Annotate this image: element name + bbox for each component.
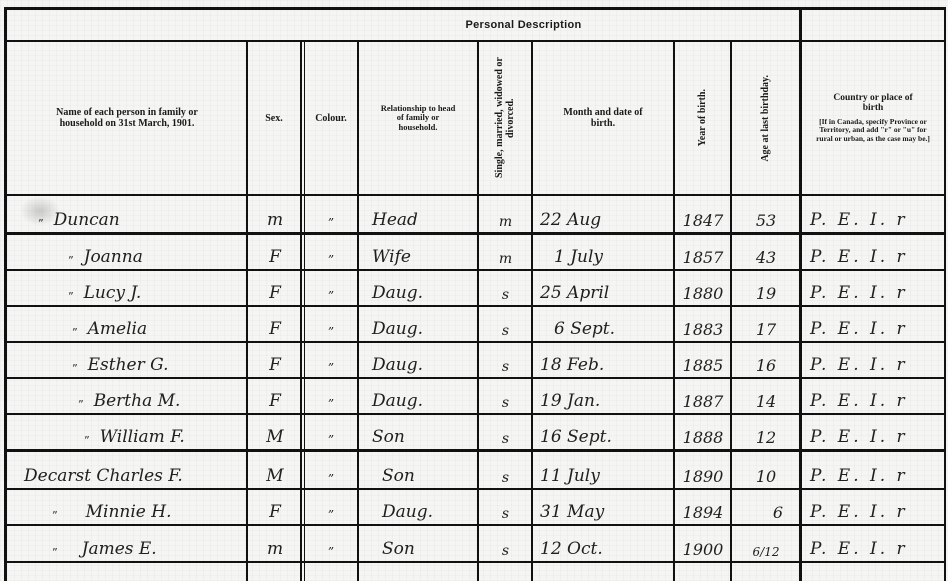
birth-year-value: 1887 bbox=[676, 379, 730, 413]
sex-value: M bbox=[250, 415, 300, 449]
relationship-value: Daug. bbox=[360, 490, 477, 524]
country-value: P. E. I. r bbox=[804, 271, 944, 305]
country-value: P. E. I. r bbox=[804, 526, 944, 561]
table-row: Decarst Charles F. M ” Son s 11 July 189… bbox=[0, 452, 948, 488]
birth-date-value: 6 Sept. bbox=[534, 307, 673, 341]
marital-value: m bbox=[480, 235, 531, 269]
age-value: 43 bbox=[733, 235, 799, 269]
marital-value: s bbox=[480, 490, 531, 524]
birth-date-value: 19 Jan. bbox=[534, 379, 673, 413]
ditto-mark: ” bbox=[52, 546, 58, 559]
relationship-value: Son bbox=[360, 452, 477, 488]
birth-date-value: 1 July bbox=[534, 235, 673, 269]
age-value: 12 bbox=[733, 415, 799, 449]
birth-year-value: 1847 bbox=[676, 196, 730, 232]
table-row: ”Minnie H. F ” Daug. s 31 May 1894 6 P. … bbox=[0, 490, 948, 524]
marital-value: s bbox=[480, 379, 531, 413]
person-name: William F. bbox=[100, 427, 185, 447]
age-value: 6/12 bbox=[733, 526, 799, 561]
relationship-value: Son bbox=[360, 526, 477, 561]
colour-value: ” bbox=[306, 196, 356, 232]
birth-year-value: 1890 bbox=[676, 452, 730, 488]
sex-value: M bbox=[250, 452, 300, 488]
header-marital: Single, married, widowed or divorced. bbox=[479, 42, 531, 194]
header-name: Name of each person in family or househo… bbox=[8, 42, 246, 194]
age-value: 53 bbox=[733, 196, 799, 232]
table-row: ”Duncan m ” Head m 22 Aug 1847 53 P. E. … bbox=[0, 196, 948, 232]
table-row: ”Esther G. F ” Daug. s 18 Feb. 1885 16 P… bbox=[0, 343, 948, 377]
age-value: 16 bbox=[733, 343, 799, 377]
country-value: P. E. I. r bbox=[804, 490, 944, 524]
country-value: P. E. I. r bbox=[804, 415, 944, 449]
sex-value: m bbox=[250, 526, 300, 561]
sex-value: F bbox=[250, 271, 300, 305]
header-colour: Colour. bbox=[305, 42, 357, 194]
sex-value: F bbox=[250, 307, 300, 341]
marital-value: s bbox=[480, 271, 531, 305]
sex-value: F bbox=[250, 235, 300, 269]
age-value: 6 bbox=[733, 490, 799, 524]
marital-value: s bbox=[480, 415, 531, 449]
census-page: Personal Description Name of each person… bbox=[0, 0, 948, 581]
birth-date-value: 12 Oct. bbox=[534, 526, 673, 561]
table-row: ”Bertha M. F ” Daug. s 19 Jan. 1887 14 P… bbox=[0, 379, 948, 413]
ditto-mark: ” bbox=[68, 290, 74, 303]
ditto-mark: ” bbox=[72, 362, 78, 375]
header-birth-year: Year of birth. bbox=[675, 42, 730, 194]
country-value: P. E. I. r bbox=[804, 307, 944, 341]
sex-value: F bbox=[250, 343, 300, 377]
marital-value: m bbox=[480, 196, 531, 232]
relationship-value: Daug. bbox=[360, 379, 477, 413]
marital-value: s bbox=[480, 452, 531, 488]
header-sex-label: Sex. bbox=[265, 113, 283, 124]
header-relationship: Relationship to head of family or househ… bbox=[359, 42, 477, 194]
colour-value: ” bbox=[306, 343, 356, 377]
header-relationship-label: Relationship to head of family or househ… bbox=[378, 104, 458, 133]
table-row: ”William F. M ” Son s 16 Sept. 1888 12 P… bbox=[0, 415, 948, 449]
colour-value: ” bbox=[306, 271, 356, 305]
birth-date-value: 31 May bbox=[534, 490, 673, 524]
table-row: ”Lucy J. F ” Daug. s 25 April 1880 19 P.… bbox=[0, 271, 948, 305]
header-age-label: Age at last birthday. bbox=[760, 75, 771, 162]
header-birth-year-label: Year of birth. bbox=[697, 89, 708, 146]
table-row: ”Joanna F ” Wife m 1 July 1857 43 P. E. … bbox=[0, 235, 948, 269]
age-value: 14 bbox=[733, 379, 799, 413]
relationship-value: Wife bbox=[360, 235, 477, 269]
ditto-mark: ” bbox=[38, 217, 44, 230]
header-name-label: Name of each person in family or househo… bbox=[47, 107, 207, 129]
person-name: James E. bbox=[82, 539, 157, 559]
header-birth-date-label: Month and date of birth. bbox=[558, 107, 648, 129]
person-name: Amelia bbox=[88, 319, 147, 339]
country-value: P. E. I. r bbox=[804, 379, 944, 413]
age-value: 19 bbox=[733, 271, 799, 305]
marital-value: s bbox=[480, 526, 531, 561]
colour-value: ” bbox=[306, 490, 356, 524]
colour-value: ” bbox=[306, 379, 356, 413]
birth-year-value: 1888 bbox=[676, 415, 730, 449]
colour-value: ” bbox=[306, 526, 356, 561]
birth-year-value: 1900 bbox=[676, 526, 730, 561]
header-country-note: [If in Canada, specify Province or Terri… bbox=[813, 118, 933, 144]
colour-value: ” bbox=[306, 235, 356, 269]
birth-year-value: 1857 bbox=[676, 235, 730, 269]
person-name: Minnie H. bbox=[86, 502, 172, 522]
person-name: Joanna bbox=[84, 247, 143, 267]
colour-value: ” bbox=[306, 307, 356, 341]
birth-year-value: 1894 bbox=[676, 490, 730, 524]
country-value: P. E. I. r bbox=[804, 196, 944, 232]
person-name: Bertha M. bbox=[94, 391, 181, 411]
colour-value: ” bbox=[306, 415, 356, 449]
person-name: Lucy J. bbox=[84, 283, 142, 303]
header-birth-date: Month and date of birth. bbox=[533, 42, 673, 194]
relationship-value: Head bbox=[360, 196, 477, 232]
relationship-value: Daug. bbox=[360, 271, 477, 305]
person-name: Decarst Charles F. bbox=[24, 466, 183, 486]
row-rule bbox=[5, 561, 945, 563]
birth-year-value: 1885 bbox=[676, 343, 730, 377]
header-country: Country or place of birth [If in Canada,… bbox=[802, 42, 944, 194]
birth-year-value: 1880 bbox=[676, 271, 730, 305]
header-sex: Sex. bbox=[248, 42, 300, 194]
birth-date-value: 11 July bbox=[534, 452, 673, 488]
colour-value: ” bbox=[306, 452, 356, 488]
age-value: 17 bbox=[733, 307, 799, 341]
table-row: ”James E. m ” Son s 12 Oct. 1900 6/12 P.… bbox=[0, 526, 948, 561]
ditto-mark: ” bbox=[84, 434, 90, 447]
header-colour-label: Colour. bbox=[315, 113, 347, 124]
relationship-value: Son bbox=[360, 415, 477, 449]
ditto-mark: ” bbox=[72, 326, 78, 339]
birth-year-value: 1883 bbox=[676, 307, 730, 341]
birth-date-value: 16 Sept. bbox=[534, 415, 673, 449]
ditto-mark: ” bbox=[68, 254, 74, 267]
relationship-value: Daug. bbox=[360, 343, 477, 377]
country-value: P. E. I. r bbox=[804, 235, 944, 269]
birth-date-value: 22 Aug bbox=[534, 196, 673, 232]
header-age: Age at last birthday. bbox=[732, 42, 799, 194]
sex-value: m bbox=[250, 196, 300, 232]
ditto-mark: ” bbox=[78, 398, 84, 411]
person-name: Esther G. bbox=[88, 355, 169, 375]
header-marital-label: Single, married, widowed or divorced. bbox=[494, 48, 516, 188]
country-value: P. E. I. r bbox=[804, 343, 944, 377]
marital-value: s bbox=[480, 307, 531, 341]
sex-value: F bbox=[250, 490, 300, 524]
section-title: Personal Description bbox=[247, 10, 800, 40]
table-row: ”Amelia F ” Daug. s 6 Sept. 1883 17 P. E… bbox=[0, 307, 948, 341]
header-country-label: Country or place of birth bbox=[823, 93, 923, 114]
ditto-mark: ” bbox=[52, 509, 58, 522]
relationship-value: Daug. bbox=[360, 307, 477, 341]
country-value: P. E. I. r bbox=[804, 452, 944, 488]
person-name: Duncan bbox=[54, 210, 120, 230]
birth-date-value: 18 Feb. bbox=[534, 343, 673, 377]
birth-date-value: 25 April bbox=[534, 271, 673, 305]
sex-value: F bbox=[250, 379, 300, 413]
marital-value: s bbox=[480, 343, 531, 377]
age-value: 10 bbox=[733, 452, 799, 488]
